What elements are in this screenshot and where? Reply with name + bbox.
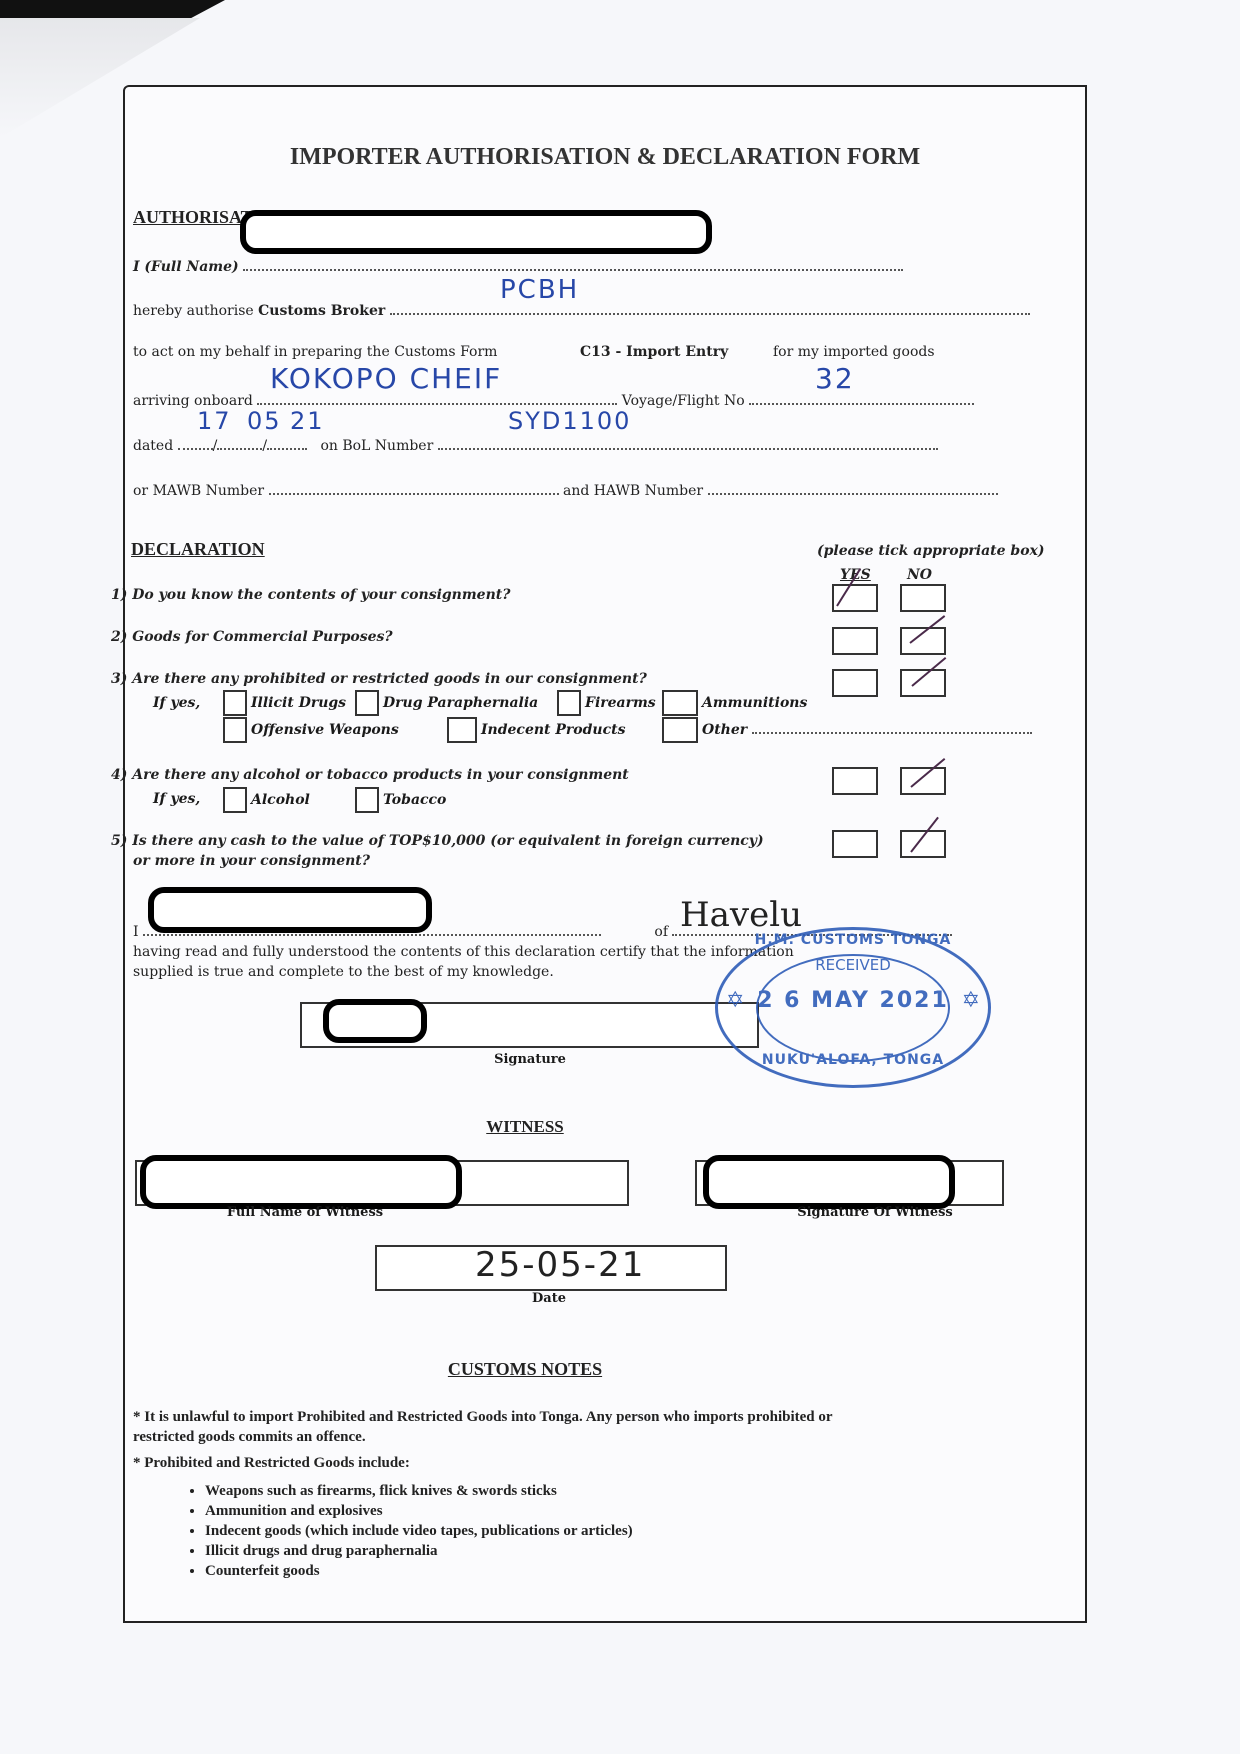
question-2: 2) Goods for Commercial Purposes?: [111, 629, 393, 645]
customs-note-1: * It is unlawful to import Prohibited an…: [133, 1407, 833, 1447]
checkbox[interactable]: [223, 787, 247, 813]
q2-number: 2): [111, 629, 127, 645]
redaction-witness-signature: [703, 1155, 955, 1209]
mawb-field[interactable]: [269, 479, 559, 495]
list-item: Ammunition and explosives: [205, 1503, 633, 1520]
tick-instruction: (please tick appropriate box): [817, 543, 1045, 559]
scan-corner-shadow: [0, 0, 225, 18]
question-5-continued: or more in your consignment?: [133, 853, 370, 869]
certify-text-1: having read and fully understood the con…: [133, 944, 794, 960]
q3-option-other[interactable]: Other: [662, 717, 1032, 743]
act-text: to act on my behalf in preparing the Cus…: [133, 344, 497, 360]
form-title: IMPORTER AUTHORISATION & DECLARATION FOR…: [125, 144, 1085, 171]
prohibited-goods-list: Weapons such as firearms, flick knives &…: [185, 1480, 633, 1583]
onboard-value: KOKOPO CHEIF: [270, 362, 502, 395]
q5-text: Is there any cash to the value of TOP$10…: [132, 833, 763, 849]
checkbox[interactable]: [223, 717, 247, 743]
dated-row: dated // on BoL Number: [133, 434, 938, 454]
q3-option-offensive-weapons[interactable]: Offensive Weapons: [223, 717, 399, 743]
q3-text: Are there any prohibited or restricted g…: [132, 671, 647, 687]
bol-label: on BoL Number: [320, 438, 433, 454]
q1-text: Do you know the contents of your consign…: [132, 587, 510, 603]
q1-number: 1): [111, 587, 127, 603]
dated-day-value: 17: [197, 407, 232, 435]
q1-no-checkbox[interactable]: [900, 584, 946, 612]
q4-no-checkbox[interactable]: [900, 767, 946, 795]
voyage-value: 32: [815, 362, 855, 395]
q3-number: 3): [111, 671, 127, 687]
certify-of-value: Havelu: [680, 895, 802, 935]
broker-prefix: hereby authorise: [133, 303, 254, 319]
stamp-star-icon-right: ✡: [962, 988, 980, 1013]
q5-yes-checkbox[interactable]: [832, 830, 878, 858]
customs-note-1-text: It is unlawful to import Prohibited and …: [133, 1409, 832, 1445]
q5-number: 5): [111, 833, 127, 849]
certify-text-2: supplied is true and complete to the bes…: [133, 964, 554, 980]
customs-note-2: * Prohibited and Restricted Goods includ…: [133, 1455, 410, 1472]
bol-value: SYD1100: [508, 407, 631, 435]
list-item: Counterfeit goods: [205, 1563, 633, 1580]
goods-text: for my imported goods: [773, 344, 935, 360]
form-frame: IMPORTER AUTHORISATION & DECLARATION FOR…: [123, 85, 1087, 1623]
q3-yes-checkbox[interactable]: [832, 669, 878, 697]
certify-i-label: I: [133, 924, 139, 940]
checkbox[interactable]: [557, 690, 581, 716]
dated-day-field[interactable]: [178, 434, 213, 450]
broker-row: hereby authorise Customs Broker: [133, 299, 1030, 319]
act-row: to act on my behalf in preparing the Cus…: [133, 344, 497, 360]
customs-notes-heading: CUSTOMS NOTES: [125, 1359, 925, 1380]
q1-yes-checkbox[interactable]: [832, 584, 878, 612]
witness-signature-caption: Signature Of Witness: [775, 1205, 975, 1220]
q4-text: Are there any alcohol or tobacco product…: [132, 767, 629, 783]
q4-number: 4): [111, 767, 127, 783]
signature-caption: Signature: [475, 1052, 585, 1067]
q3-option-indecent-products[interactable]: Indecent Products: [447, 717, 625, 743]
q3-option-firearms[interactable]: Firearms: [557, 690, 656, 716]
bol-field[interactable]: [438, 434, 938, 450]
mawb-label: or MAWB Number: [133, 483, 264, 499]
list-item: Illicit drugs and drug paraphernalia: [205, 1543, 633, 1560]
q3-other-field[interactable]: [752, 718, 1032, 734]
q3-if-yes-label: If yes,: [153, 695, 200, 711]
full-name-field[interactable]: [243, 255, 903, 271]
witness-heading: WITNESS: [125, 1117, 925, 1137]
dated-label: dated: [133, 438, 173, 454]
stamp-status: RECEIVED: [718, 956, 988, 974]
dated-month-value: 05: [247, 407, 282, 435]
checkbox[interactable]: [355, 787, 379, 813]
q4-option-tobacco[interactable]: Tobacco: [355, 787, 446, 813]
voyage-field[interactable]: [749, 389, 974, 405]
q3-option-illicit-drugs[interactable]: Illicit Drugs: [223, 690, 346, 716]
dated-year-field[interactable]: [267, 434, 307, 450]
question-3: 3) Are there any prohibited or restricte…: [111, 671, 647, 687]
redaction-certify-name: [148, 887, 432, 933]
declaration-heading: DECLARATION: [131, 539, 265, 560]
asterisk-icon: *: [133, 1455, 141, 1471]
dated-month-field[interactable]: [217, 434, 262, 450]
checkbox[interactable]: [447, 717, 477, 743]
checkbox[interactable]: [223, 690, 247, 716]
broker-field[interactable]: [390, 299, 1030, 315]
broker-label: Customs Broker: [258, 303, 385, 319]
customs-note-2-text: Prohibited and Restricted Goods include:: [144, 1455, 410, 1471]
redaction-witness-name: [140, 1155, 462, 1209]
witness-date-caption: Date: [499, 1291, 599, 1306]
voyage-label: Voyage/Flight No: [622, 393, 745, 409]
q4-if-yes-label: If yes,: [153, 791, 200, 807]
q4-yes-checkbox[interactable]: [832, 767, 878, 795]
redaction-full-name: [240, 210, 712, 254]
question-5: 5) Is there any cash to the value of TOP…: [111, 833, 764, 849]
onboard-label: arriving onboard: [133, 393, 253, 409]
stamp-bottom-text: NUKU'ALOFA, TONGA: [718, 1052, 988, 1068]
stamp-star-icon-left: ✡: [726, 988, 744, 1013]
no-column-label: NO: [907, 567, 932, 583]
list-item: Indecent goods (which include video tape…: [205, 1523, 633, 1540]
q3-no-checkbox[interactable]: [900, 669, 946, 697]
customs-received-stamp: H.M. CUSTOMS TONGA RECEIVED 2 6 MAY 2021…: [715, 927, 991, 1088]
mawb-row: or MAWB Number and HAWB Number: [133, 479, 998, 499]
list-item: Weapons such as firearms, flick knives &…: [205, 1483, 633, 1500]
certify-of-label: of: [654, 924, 668, 940]
dated-year-value: 21: [290, 407, 325, 435]
checkbox[interactable]: [662, 690, 698, 716]
q2-yes-checkbox[interactable]: [832, 627, 878, 655]
checkbox[interactable]: [662, 717, 698, 743]
hawb-field[interactable]: [708, 479, 998, 495]
question-4: 4) Are there any alcohol or tobacco prod…: [111, 767, 629, 783]
checkbox[interactable]: [355, 690, 379, 716]
q4-option-alcohol[interactable]: Alcohol: [223, 787, 310, 813]
broker-value: PCBH: [500, 275, 579, 305]
witness-date-value: 25-05-21: [475, 1245, 645, 1285]
redaction-signature: [323, 999, 427, 1043]
question-1: 1) Do you know the contents of your cons…: [111, 587, 510, 603]
q2-text: Goods for Commercial Purposes?: [132, 629, 392, 645]
asterisk-icon: *: [133, 1409, 141, 1425]
q3-option-ammunitions[interactable]: Ammunitions: [662, 690, 807, 716]
stamp-date: 2 6 MAY 2021: [718, 988, 988, 1013]
witness-name-caption: Full Name of Witness: [205, 1205, 405, 1220]
stamp-top-text: H.M. CUSTOMS TONGA: [718, 932, 988, 948]
full-name-label: I (Full Name): [133, 259, 239, 275]
form-type: C13 - Import Entry: [580, 344, 728, 360]
q3-option-drug-paraphernalia[interactable]: Drug Paraphernalia: [355, 690, 538, 716]
hawb-label: and HAWB Number: [563, 483, 703, 499]
full-name-row: I (Full Name): [133, 255, 903, 275]
